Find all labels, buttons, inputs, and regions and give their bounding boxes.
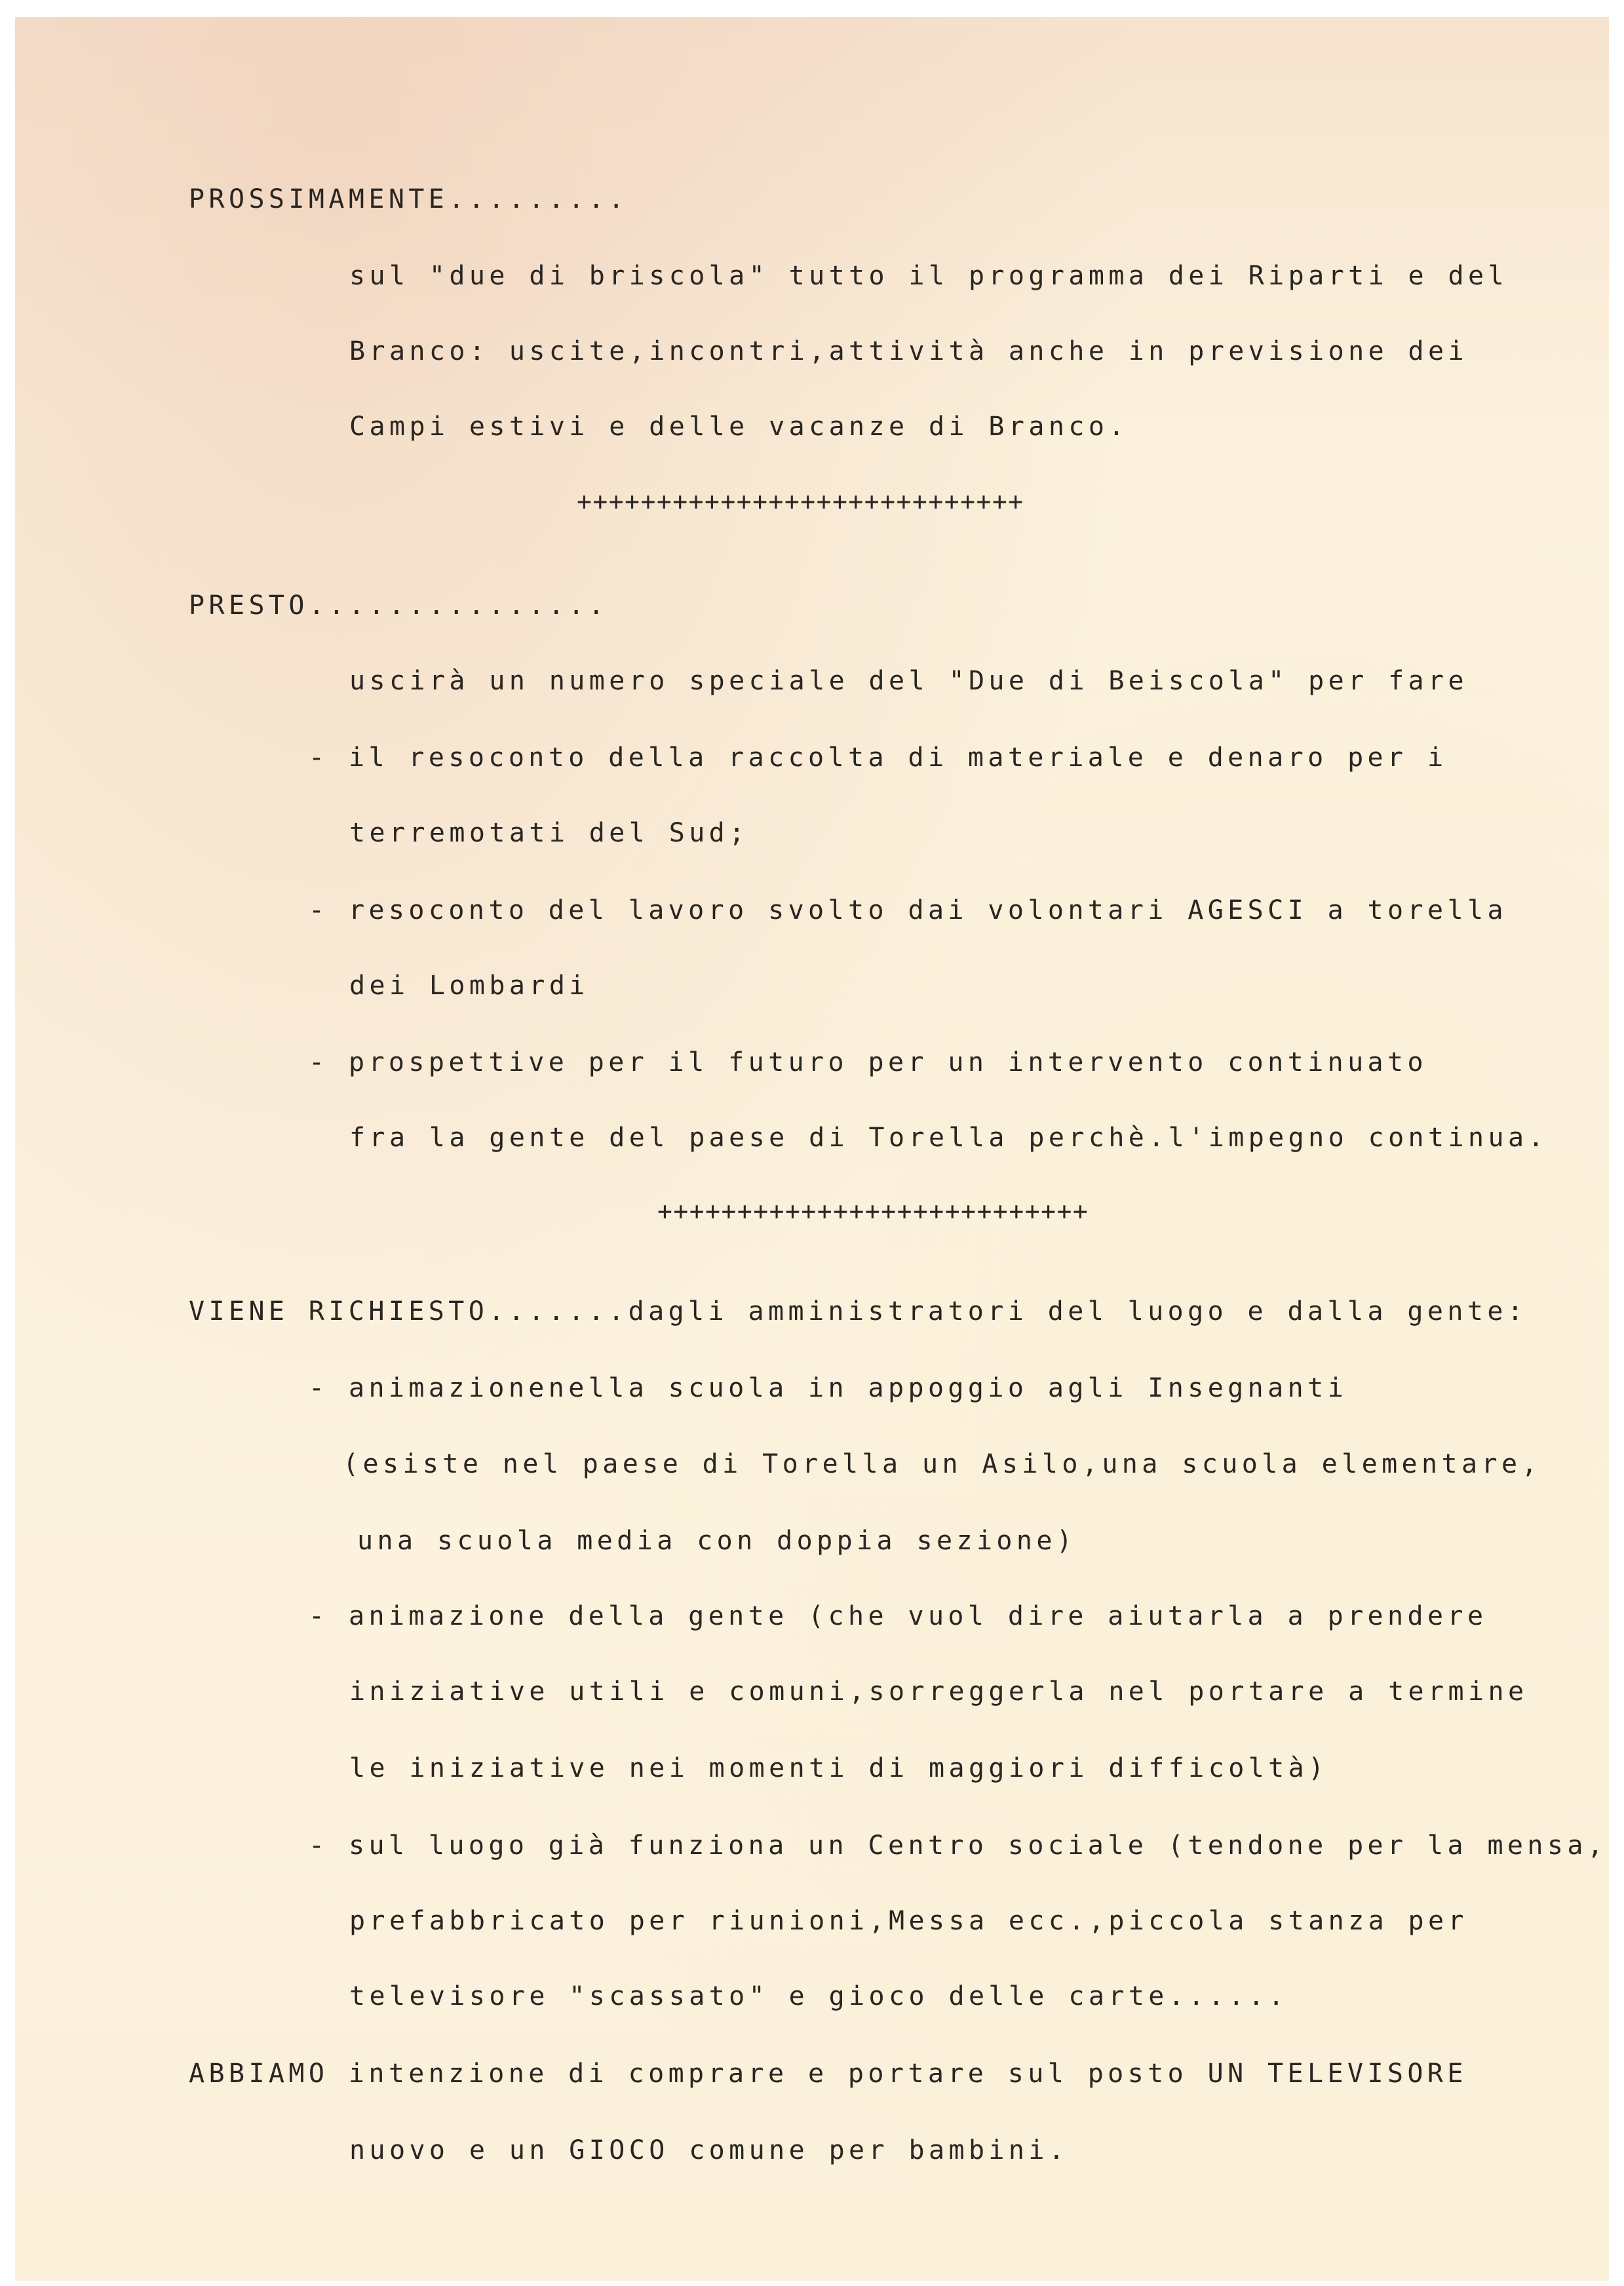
heading-abbiamo: ABBIAMO intenzione di comprare e portare… <box>189 2061 1467 2087</box>
separator-line: +++++++++++++++++++++++++++ <box>657 1199 1089 1224</box>
heading-prossimamente: PROSSIMAMENTE......... <box>189 186 628 212</box>
text-line: fra la gente del paese di Torella perchè… <box>349 1125 1548 1151</box>
list-item: - il resoconto della raccolta di materia… <box>309 745 1447 771</box>
text-line: terremotati del Sud; <box>349 820 749 846</box>
text-line: Campi estivi e delle vacanze di Branco. <box>349 414 1129 440</box>
heading-viene-richiesto: VIENE RICHIESTO.......dagli amministrato… <box>189 1298 1527 1325</box>
text-line: una scuola media con doppia sezione) <box>357 1528 1076 1554</box>
text-line: (esiste nel paese di Torella un Asilo,un… <box>343 1451 1541 1477</box>
heading-label: ABBIAMO <box>189 2059 328 2089</box>
text-line: sul "due di briscola" tutto il programma… <box>349 263 1508 289</box>
text-line: prefabbricato per riunioni,Messa ecc.,pi… <box>349 1908 1468 1934</box>
heading-rest: dagli amministratori del luogo e dalla g… <box>628 1296 1528 1327</box>
list-item: - sul luogo già funziona un Centro socia… <box>309 1832 1607 1859</box>
text-line: Branco: uscite,incontri,attività anche i… <box>349 338 1468 364</box>
list-item: - prospettive per il futuro per un inter… <box>309 1049 1427 1075</box>
text-line: dei Lombardi <box>349 973 589 999</box>
heading-rest: intenzione di comprare e portare sul pos… <box>349 2059 1467 2089</box>
text-line: nuovo e un GIOCO comune per bambini. <box>349 2137 1068 2163</box>
text-line: uscirà un numero speciale del "Due di Be… <box>349 668 1468 694</box>
text-line: le iniziative nei momenti di maggiori di… <box>349 1755 1328 1781</box>
separator-line: ++++++++++++++++++++++++++++ <box>577 489 1024 514</box>
heading-presto: PRESTO............... <box>189 592 608 619</box>
list-item: - animazione della gente (che vuol dire … <box>309 1603 1487 1629</box>
text-line: iniziative utili e comuni,sorreggerla ne… <box>349 1678 1528 1705</box>
heading-label: VIENE RICHIESTO....... <box>189 1296 628 1327</box>
text-line: televisore "scassato" e gioco delle cart… <box>349 1983 1288 2009</box>
typewritten-page: PROSSIMAMENTE......... sul "due di brisc… <box>15 17 1609 2281</box>
list-item: - animazionenella scuola in appoggio agl… <box>309 1375 1347 1401</box>
list-item: - resoconto del lavoro svolto dai volont… <box>309 897 1507 923</box>
